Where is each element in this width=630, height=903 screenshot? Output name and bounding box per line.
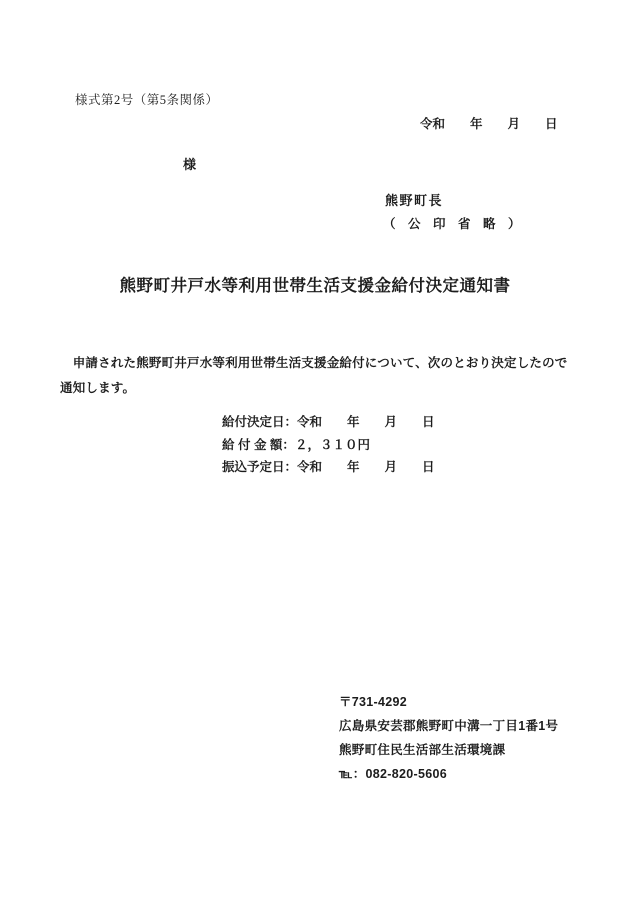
body-paragraph: 申請された熊野町井戸水等利用世帯生活支援金給付について、次のとおり決定したので通… — [60, 351, 570, 401]
notice-document-page: 様式第2号（第5条関係） 令和 年 月 日 様 熊野町長 （ 公 印 省 略 ）… — [0, 0, 630, 903]
detail-label: 給 付 金 額 — [222, 438, 282, 452]
addressee-honorific: 様 — [183, 154, 196, 173]
detail-label: 振込予定日 — [222, 460, 285, 474]
issue-date-line: 令和 年 月 日 — [420, 114, 558, 132]
sender-title: 熊野町長 — [385, 190, 443, 209]
sender-telephone: ℡：082-820-5606 — [339, 762, 558, 786]
detail-label: 給付決定日 — [222, 415, 285, 429]
detail-separator: ： — [285, 415, 298, 429]
detail-row-benefit-amount: 給 付 金 額：２，３１０円 — [222, 434, 435, 457]
sender-contact-block: 〒731-4292 広島県安芸郡熊野町中溝一丁目1番1号 熊野町住民生活部生活環… — [339, 690, 558, 786]
detail-separator: ： — [282, 438, 295, 452]
detail-row-transfer-date: 振込予定日：令和 年 月 日 — [222, 456, 435, 479]
detail-value: ２，３１０円 — [295, 438, 370, 452]
detail-value: 令和 年 月 日 — [297, 415, 435, 429]
detail-separator: ： — [285, 460, 298, 474]
sender-address: 広島県安芸郡熊野町中溝一丁目1番1号 — [339, 714, 558, 738]
postal-code: 〒731-4292 — [339, 690, 558, 714]
detail-row-decision-date: 給付決定日：令和 年 月 日 — [222, 411, 435, 434]
sender-department: 熊野町住民生活部生活環境課 — [339, 738, 558, 762]
official-seal-omitted-note: （ 公 印 省 略 ） — [383, 214, 521, 232]
detail-value: 令和 年 月 日 — [297, 460, 435, 474]
benefit-details-block: 給付決定日：令和 年 月 日 給 付 金 額：２，３１０円 振込予定日：令和 年… — [222, 411, 435, 479]
document-title: 熊野町井戸水等利用世帯生活支援金給付決定通知書 — [0, 272, 630, 296]
form-number: 様式第2号（第5条関係） — [75, 90, 219, 108]
